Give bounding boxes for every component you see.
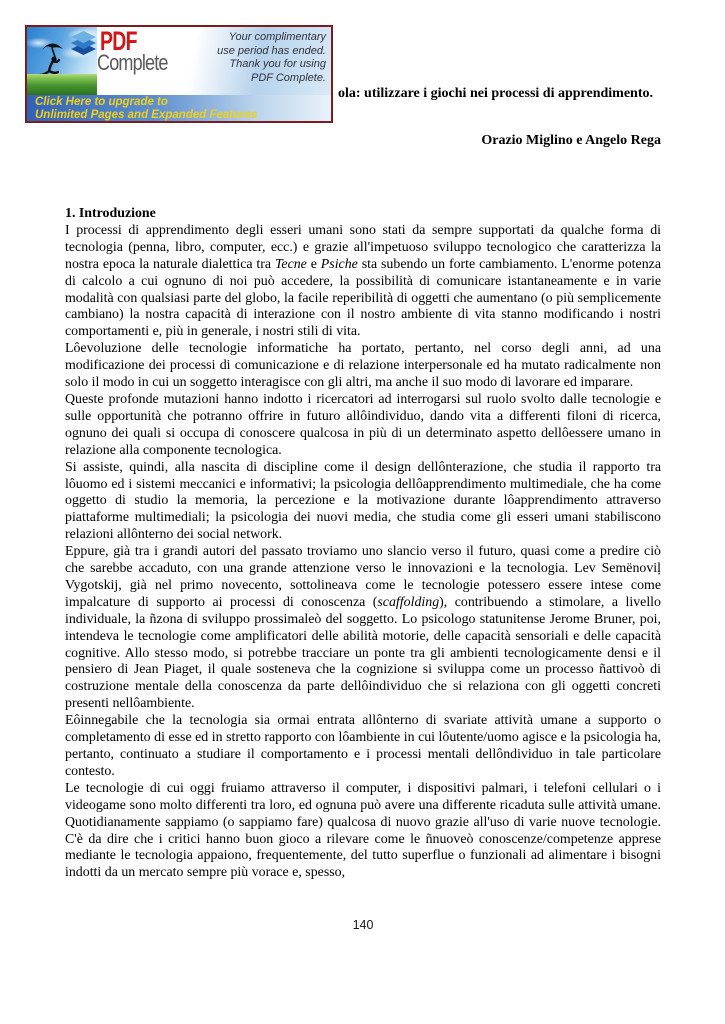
paragraph: Lôevoluzione delle tecnologie informatic… bbox=[65, 341, 661, 392]
paragraph: Le tecnologie di cui oggi fruiamo attrav… bbox=[65, 781, 661, 882]
message-line: use period has ended. bbox=[194, 45, 326, 59]
authors-line: Orazio Miglino e Angelo Rega bbox=[65, 133, 661, 149]
banner-top-row: PDF Complete Your complimentary use peri… bbox=[27, 27, 331, 95]
paragraph: I processi di apprendimento degli esseri… bbox=[65, 223, 661, 341]
message-line: Thank you for using bbox=[194, 58, 326, 72]
body-text: 1. Introduzione I processi di apprendime… bbox=[65, 206, 661, 882]
upgrade-link-line1[interactable]: Click Here to upgrade to bbox=[35, 96, 331, 109]
section-heading: 1. Introduzione bbox=[65, 206, 661, 223]
paragraph: Eôinnegabile che la tecnologia sia ormai… bbox=[65, 713, 661, 781]
paper-title: ola: utilizzare i giochi nei processi di… bbox=[338, 86, 653, 102]
grass-field bbox=[27, 74, 97, 95]
paragraph: Eppure, già tra i grandi autori del pass… bbox=[65, 544, 661, 713]
pdf-page: PDF Complete Your complimentary use peri… bbox=[0, 0, 725, 1024]
pdf-complete-banner[interactable]: PDF Complete Your complimentary use peri… bbox=[25, 25, 333, 123]
page-number: 140 bbox=[65, 918, 661, 932]
paragraph: Queste profonde mutazioni hanno indotto … bbox=[65, 392, 661, 460]
logo-complete-text: Complete bbox=[97, 52, 190, 74]
body-paragraphs: I processi di apprendimento degli esseri… bbox=[65, 223, 661, 882]
upgrade-link-line2[interactable]: Unlimited Pages and Expanded Features bbox=[35, 109, 331, 122]
message-line: Your complimentary bbox=[194, 31, 326, 45]
trial-expired-message: Your complimentary use period has ended.… bbox=[194, 31, 326, 85]
pdf-complete-layers-icon bbox=[70, 31, 97, 57]
upgrade-link[interactable]: Click Here to upgrade to Unlimited Pages… bbox=[27, 95, 331, 121]
paragraph: Si assiste, quindi, alla nascita di disc… bbox=[65, 460, 661, 545]
message-line: PDF Complete. bbox=[194, 72, 326, 86]
